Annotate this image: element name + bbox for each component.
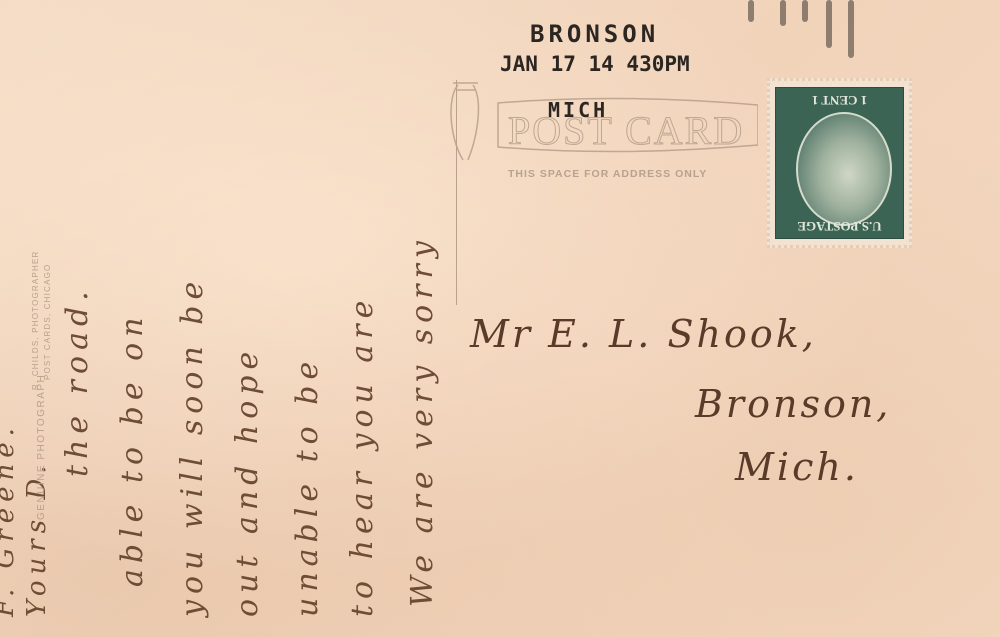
post-card-title: POST CARD xyxy=(508,107,744,154)
stamp-us-postage: U.S.POSTAGE xyxy=(782,218,897,234)
recipient-city: Bronson, xyxy=(695,382,891,426)
address-space-note: THIS SPACE FOR ADDRESS ONLY xyxy=(508,168,707,180)
stamp-denomination: 1 CENT 1 xyxy=(782,92,897,108)
message-line: the road. xyxy=(60,285,95,477)
recipient-name: Mr E. L. Shook, xyxy=(470,312,817,356)
message-line: unable to be xyxy=(290,356,325,617)
message-line: out and hope xyxy=(230,346,265,617)
postage-stamp: 1 CENT 1 U.S.POSTAGE xyxy=(767,78,912,248)
message-line: you will soon be xyxy=(175,276,210,617)
postmark-date: JAN 17 14 430PM xyxy=(500,52,690,76)
genuine-photograph-label: GENUINE PHOTOGRAPH xyxy=(36,374,47,520)
stamp-portrait-icon xyxy=(796,112,892,226)
printer-credit-line1: R. CHILDS, PHOTOGRAPHER xyxy=(30,251,41,390)
message-line: able to be on xyxy=(115,311,150,587)
postmark-city: BRONSON xyxy=(530,20,659,48)
message-signature: F. Greene. xyxy=(0,422,20,617)
message-line: to hear you are xyxy=(345,295,380,617)
postcard-back: We are very sorry to hear you are unable… xyxy=(0,0,1000,637)
cancellation-bars xyxy=(740,0,850,60)
handwritten-message: We are very sorry to hear you are unable… xyxy=(0,0,430,637)
message-line: We are very sorry xyxy=(405,235,440,607)
recipient-state: Mich. xyxy=(735,445,859,489)
postmark-state: MICH xyxy=(548,98,608,122)
center-divider xyxy=(456,80,457,305)
printer-credit-line2: POST CARDS, CHICAGO xyxy=(42,264,53,380)
